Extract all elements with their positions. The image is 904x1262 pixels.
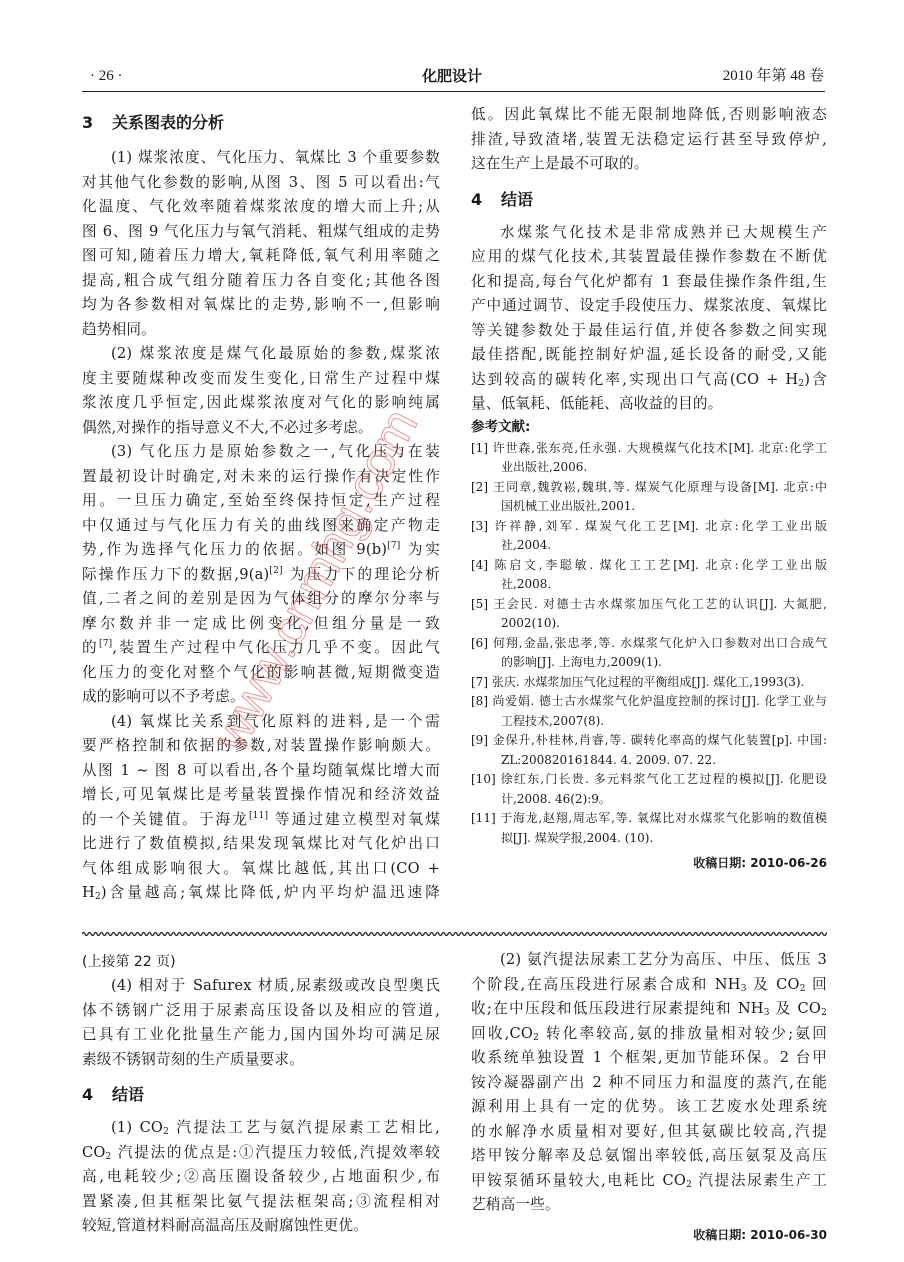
text-line: 提高,粗合成气组分随着压力各自变化;其他各图 (82, 269, 440, 294)
text-line: 中仅通过与气化压力有关的曲线图来确定产物走 (82, 514, 440, 539)
section-number: 3 (82, 112, 112, 134)
text-line: 用。一旦压力确定,至始至终保持恒定,生产过程 (82, 489, 440, 514)
reference-label: [4] (471, 558, 488, 572)
text-line: 趋势相同。 (82, 318, 440, 343)
reference-text: 社,2004. (471, 536, 827, 556)
text-line: 甲铵泵循环量较大,电耗比 CO2 汽提法尿素生产工 (471, 1169, 827, 1194)
text-line: 量、低氧耗、低能耗、高收益的目的。 (471, 392, 827, 417)
section-title: 关系图表的分析 (112, 113, 224, 132)
paragraph-b4: (4) 相对于 Safurex 材质,尿素级或改良型奥氏 体不锈钢广泛用于尿素高… (82, 974, 440, 1072)
text-line: 源利用上具有一定的优势。该工艺废水处理系统 (471, 1095, 827, 1120)
issue-info: 2010 年第 48 卷 (723, 66, 824, 86)
reference-text: 计,2008. 46(2):9。 (471, 790, 827, 810)
reference-text: ZL:200820161844. 4. 2009. 07. 22. (471, 751, 827, 771)
article-a-left-column: 3关系图表的分析 (1) 煤浆浓度、气化压力、氧煤比 3 个重要参数 对其他气化… (82, 112, 440, 906)
reference-text: 王同章,魏敦崧,魏琪,等. 煤炭气化原理与设备[M]. 北京:中 (493, 480, 827, 494)
article-b-left-column: (上接第 22 页) (4) 相对于 Safurex 材质,尿素级或改良型奥氏 … (82, 950, 440, 1239)
reference-text: 的影响[J]. 上海电力,2009(1). (471, 653, 827, 673)
text-line: 图 6、图 9 气化压力与氧气消耗、粗煤气组成的走势 (82, 220, 440, 245)
reference-label: [2] (471, 480, 488, 494)
text-line: (2) 煤浆浓度是煤气化最原始的参数,煤浆浓 (82, 342, 440, 367)
header-rule (82, 91, 825, 92)
text-line: 产中通过调节、设定手段使压力、煤浆浓度、氧煤比 (471, 294, 827, 319)
text-line: 水煤浆气化技术是非常成熟并已大规模生产 (471, 221, 827, 246)
reference-label: [3] (471, 519, 488, 533)
reference-label: [5] (471, 597, 488, 611)
reference-item: [9] 金保升,朴桂林,肖睿,等. 碳转化率高的煤气化装置[p]. 中国: ZL… (471, 731, 827, 770)
text-line: (4) 氧煤比关系到气化原料的进料,是一个需 (82, 710, 440, 735)
text-line: 素级不锈钢苛刻的生产质量要求。 (82, 1048, 440, 1073)
text-line: 的水解净水质量相对要好,但其氨碳比较高,汽提 (471, 1120, 827, 1145)
text-line: 化温度、气化效率随着煤浆浓度的增大而上升;从 (82, 195, 440, 220)
reference-text: 于海龙,赵翔,周志军,等. 氧煤比对水煤浆气化影响的数值模 (500, 811, 827, 825)
reference-text: 尚爱娟. 德士古水煤浆气化炉温度控制的探讨[J]. 化学工业与 (493, 694, 828, 708)
text-line: (1) CO2 汽提法工艺与氨汽提尿素工艺相比, (82, 1116, 440, 1141)
reference-item: [6] 何翔,金晶,张忠孝,等. 水煤浆气化炉入口参数对出口合成气 的影响[J]… (471, 634, 827, 673)
journal-page: · 26 · 化肥设计 2010 年第 48 卷 3关系图表的分析 (1) 煤浆… (0, 0, 904, 1262)
text-line: 从图 1 ~ 图 8 可以看出,各个量均随氧煤比增大而 (82, 759, 440, 784)
text-line: 增长,可见氧煤比是考量装置操作情况和经济效益 (82, 783, 440, 808)
text-line: 气体组成影响很大。氧煤比越低,其出口(CO + (82, 857, 440, 882)
text-line: 要严格控制和依据的参数,对装置操作影响颇大。 (82, 734, 440, 759)
reference-label: [9] (471, 733, 488, 747)
text-line: 最佳搭配,既能控制好炉温,延长设备的耐受,又能 (471, 343, 827, 368)
text-line: 均为各参数相对氧煤比的走势,影响不一,但影响 (82, 293, 440, 318)
reference-text: 工程技术,2007(8). (471, 712, 827, 732)
text-line: 铵冷凝器副产出 2 种不同压力和温度的蒸汽,在能 (471, 1071, 827, 1096)
text-line: 体不锈钢广泛用于尿素高压设备以及相应的管道, (82, 999, 440, 1024)
text-line: 度主要随煤种改变而发生变化,日常生产过程中煤 (82, 367, 440, 392)
text-line: 已具有工业化批量生产能力,国内国外均可满足尿 (82, 1023, 440, 1048)
reference-item: [7] 张庆. 水煤浆加压气化过程的平衡组成[J]. 煤化工,1993(3). (471, 673, 827, 693)
continued-paragraph: 低。因此氧煤比不能无限制地降低,否则影响液态 排渣,导致渣堵,装置无法稳定运行甚… (471, 103, 827, 177)
text-line: 摩尔数并非一定成比例变化,但组分量是一致 (82, 612, 440, 637)
text-line: (2) 氨汽提法尿素工艺分为高压、中压、低压 3 (471, 948, 827, 973)
text-line: 的一个关键值。于海龙[11] 等通过建立模型对氧煤 (82, 808, 440, 833)
text-line: 对其他气化参数的影响,从图 3、图 5 可以看出:气 (82, 171, 440, 196)
reference-text: 国机械工业出版社,2001. (471, 497, 827, 517)
reference-text: 许世森,张东亮,任永强. 大规模煤气化技术[M]. 北京:化学工 (493, 441, 827, 455)
text-line: H2)含量越高;氧煤比降低,炉内平均炉温迅速降 (82, 881, 440, 906)
section-4-heading-b: 4结语 (82, 1084, 440, 1106)
section-title: 结语 (112, 1085, 144, 1104)
wavy-divider (82, 930, 827, 938)
reference-label: [8] (471, 694, 488, 708)
text-line: 低。因此氧煤比不能无限制地降低,否则影响液态 (471, 103, 827, 128)
text-line: (4) 相对于 Safurex 材质,尿素级或改良型奥氏 (82, 974, 440, 999)
text-line: 这在生产上是最不可取的。 (471, 152, 827, 177)
reference-list: [1] 许世森,张东亮,任永强. 大规模煤气化技术[M]. 北京:化学工 业出版… (471, 439, 827, 849)
text-line: 塔甲铵分解率及总氨馏出率较低,高压氨泵及高压 (471, 1144, 827, 1169)
reference-item: [10] 徐红东,门长贵. 多元料浆气化工艺过程的模拟[J]. 化肥设 计,20… (471, 770, 827, 809)
reference-label: [10] (471, 772, 496, 786)
reference-item: [2] 王同章,魏敦崧,魏琪,等. 煤炭气化原理与设备[M]. 北京:中 国机械… (471, 478, 827, 517)
text-line: 较短,管道材料耐高温高压及耐腐蚀性更优。 (82, 1214, 440, 1239)
received-date: 收稿日期: 2010-06-26 (471, 854, 827, 871)
reference-text: 陈启文,李聪敏. 煤化工工艺[M]. 北京:化学工业出版 (495, 558, 827, 572)
text-line: 排渣,导致渣堵,装置无法稳定运行甚至导致停炉, (471, 128, 827, 153)
text-line: 的[7],装置生产过程中气化压力几乎不变。因此气 (82, 636, 440, 661)
text-line: 比进行了数值模拟,结果发现氧煤比对气化炉出口 (82, 832, 440, 857)
section-number: 4 (471, 189, 501, 211)
text-line: 艺稍高一些。 (471, 1193, 827, 1218)
paragraph-1: (1) 煤浆浓度、气化压力、氧煤比 3 个重要参数 对其他气化参数的影响,从图 … (82, 146, 440, 342)
text-line: 成的影响可以不予考虑。 (82, 685, 440, 710)
reference-label: [6] (471, 636, 488, 650)
text-line: 收;在中压段和低压段进行尿素提纯和 NH3 及 CO2 (471, 997, 827, 1022)
reference-label: [11] (471, 811, 496, 825)
reference-text: 许祥静,刘军. 煤炭气化工艺[M]. 北京:化学工业出版 (495, 519, 827, 533)
reference-label: [7] (471, 675, 488, 689)
text-line: 个阶段,在高压段进行尿素合成和 NH3 及 CO2 回 (471, 973, 827, 998)
text-line: 偶然,对操作的指导意义不大,不必过多考虑。 (82, 416, 440, 441)
text-line: 置紧凑,但其框架比氨气提法框架高;③流程相对 (82, 1190, 440, 1215)
conclusion-paragraph-1: (1) CO2 汽提法工艺与氨汽提尿素工艺相比, CO2 汽提法的优点是:①汽提… (82, 1116, 440, 1239)
text-line: CO2 汽提法的优点是:①汽提压力较低,汽提效率较 (82, 1141, 440, 1166)
text-line: 浆浓度几乎恒定,因此煤浆浓度对气化的影响纯属 (82, 391, 440, 416)
text-line: 收系统单独设置 1 个框架,更加节能环保。2 台甲 (471, 1046, 827, 1071)
text-line: 达到较高的碳转化率,实现出口气高(CO + H2)含 (471, 368, 827, 393)
paragraph-2: (2) 煤浆浓度是煤气化最原始的参数,煤浆浓 度主要随煤种改变而发生变化,日常生… (82, 342, 440, 440)
reference-text: 金保升,朴桂林,肖睿,等. 碳转化率高的煤气化装置[p]. 中国: (493, 733, 827, 747)
reference-text: 2002(10). (471, 614, 827, 634)
text-line: 化压力的变化对整个气化的影响甚微,短期微变造 (82, 661, 440, 686)
reference-text: 王会民. 对德士古水煤浆加压气化工艺的认识[J]. 大氮肥, (493, 597, 827, 611)
reference-item: [5] 王会民. 对德士古水煤浆加压气化工艺的认识[J]. 大氮肥, 2002(… (471, 595, 827, 634)
article-a-right-column: 低。因此氧煤比不能无限制地降低,否则影响液态 排渣,导致渣堵,装置无法稳定运行甚… (471, 103, 827, 871)
text-line: 置最初设计时确定,对未来的运行操作有决定性作 (82, 465, 440, 490)
references-heading: 参考文献: (471, 417, 827, 437)
reference-item: [8] 尚爱娟. 德士古水煤浆气化炉温度控制的探讨[J]. 化学工业与 工程技术… (471, 692, 827, 731)
section-title: 结语 (501, 190, 533, 209)
reference-text: 徐红东,门长贵. 多元料浆气化工艺过程的模拟[J]. 化肥设 (501, 772, 827, 786)
section-number: 4 (82, 1084, 112, 1106)
text-line: 回收,CO2 转化率较高,氨的排放量相对较少;氨回 (471, 1022, 827, 1047)
reference-text: 拟[J]. 煤炭学报,2004. (10). (471, 829, 827, 849)
reference-item: [1] 许世森,张东亮,任永强. 大规模煤气化技术[M]. 北京:化学工 业出版… (471, 439, 827, 478)
reference-item: [3] 许祥静,刘军. 煤炭气化工艺[M]. 北京:化学工业出版 社,2004. (471, 517, 827, 556)
conclusion-paragraph: 水煤浆气化技术是非常成熟并已大规模生产 应用的煤气化技术,其装置最佳操作参数在不… (471, 221, 827, 417)
reference-text: 业出版社,2006. (471, 458, 827, 478)
text-line: (3) 气化压力是原始参数之一,气化压力在装 (82, 440, 440, 465)
text-line: 高,电耗较少;②高压圈设备较少,占地面积少,布 (82, 1165, 440, 1190)
reference-item: [4] 陈启文,李聪敏. 煤化工工艺[M]. 北京:化学工业出版 社,2008. (471, 556, 827, 595)
text-line: 值,二者之间的差别是因为气体组分的摩尔分率与 (82, 587, 440, 612)
text-line: 应用的煤气化技术,其装置最佳操作参数在不断优 (471, 245, 827, 270)
reference-label: [1] (471, 441, 488, 455)
text-line: 图可知,随着压力增大,氧耗降低,氧气利用率随之 (82, 244, 440, 269)
paragraph-4: (4) 氧煤比关系到气化原料的进料,是一个需 要严格控制和依据的参数,对装置操作… (82, 710, 440, 906)
text-line: 势,作为选择气化压力的依据。如图 9(b)[7] 为实 (82, 538, 440, 563)
section-3-heading: 3关系图表的分析 (82, 112, 440, 134)
text-line: 等关键参数处于最佳运行值,并使各参数之间实现 (471, 319, 827, 344)
reference-text: 社,2008. (471, 575, 827, 595)
conclusion-paragraph-2: (2) 氨汽提法尿素工艺分为高压、中压、低压 3 个阶段,在高压段进行尿素合成和… (471, 948, 827, 1218)
continued-from-note: (上接第 22 页) (82, 950, 440, 974)
section-4-heading: 4结语 (471, 189, 827, 211)
reference-text: 张庆. 水煤浆加压气化过程的平衡组成[J]. 煤化工,1993(3). (492, 675, 805, 689)
text-line: (1) 煤浆浓度、气化压力、氧煤比 3 个重要参数 (82, 146, 440, 171)
text-line: 际操作压力下的数据,9(a)[2] 为压力下的理论分析 (82, 563, 440, 588)
paragraph-3: (3) 气化压力是原始参数之一,气化压力在装 置最初设计时确定,对未来的运行操作… (82, 440, 440, 710)
article-b-right-column: (2) 氨汽提法尿素工艺分为高压、中压、低压 3 个阶段,在高压段进行尿素合成和… (471, 948, 827, 1243)
text-line: 化和提高,每台气化炉都有 1 套最佳操作条件组,生 (471, 270, 827, 295)
reference-item: [11] 于海龙,赵翔,周志军,等. 氧煤比对水煤浆气化影响的数值模 拟[J].… (471, 809, 827, 848)
reference-text: 何翔,金晶,张忠孝,等. 水煤浆气化炉入口参数对出口合成气 (493, 636, 827, 650)
received-date: 收稿日期: 2010-06-30 (471, 1226, 827, 1243)
